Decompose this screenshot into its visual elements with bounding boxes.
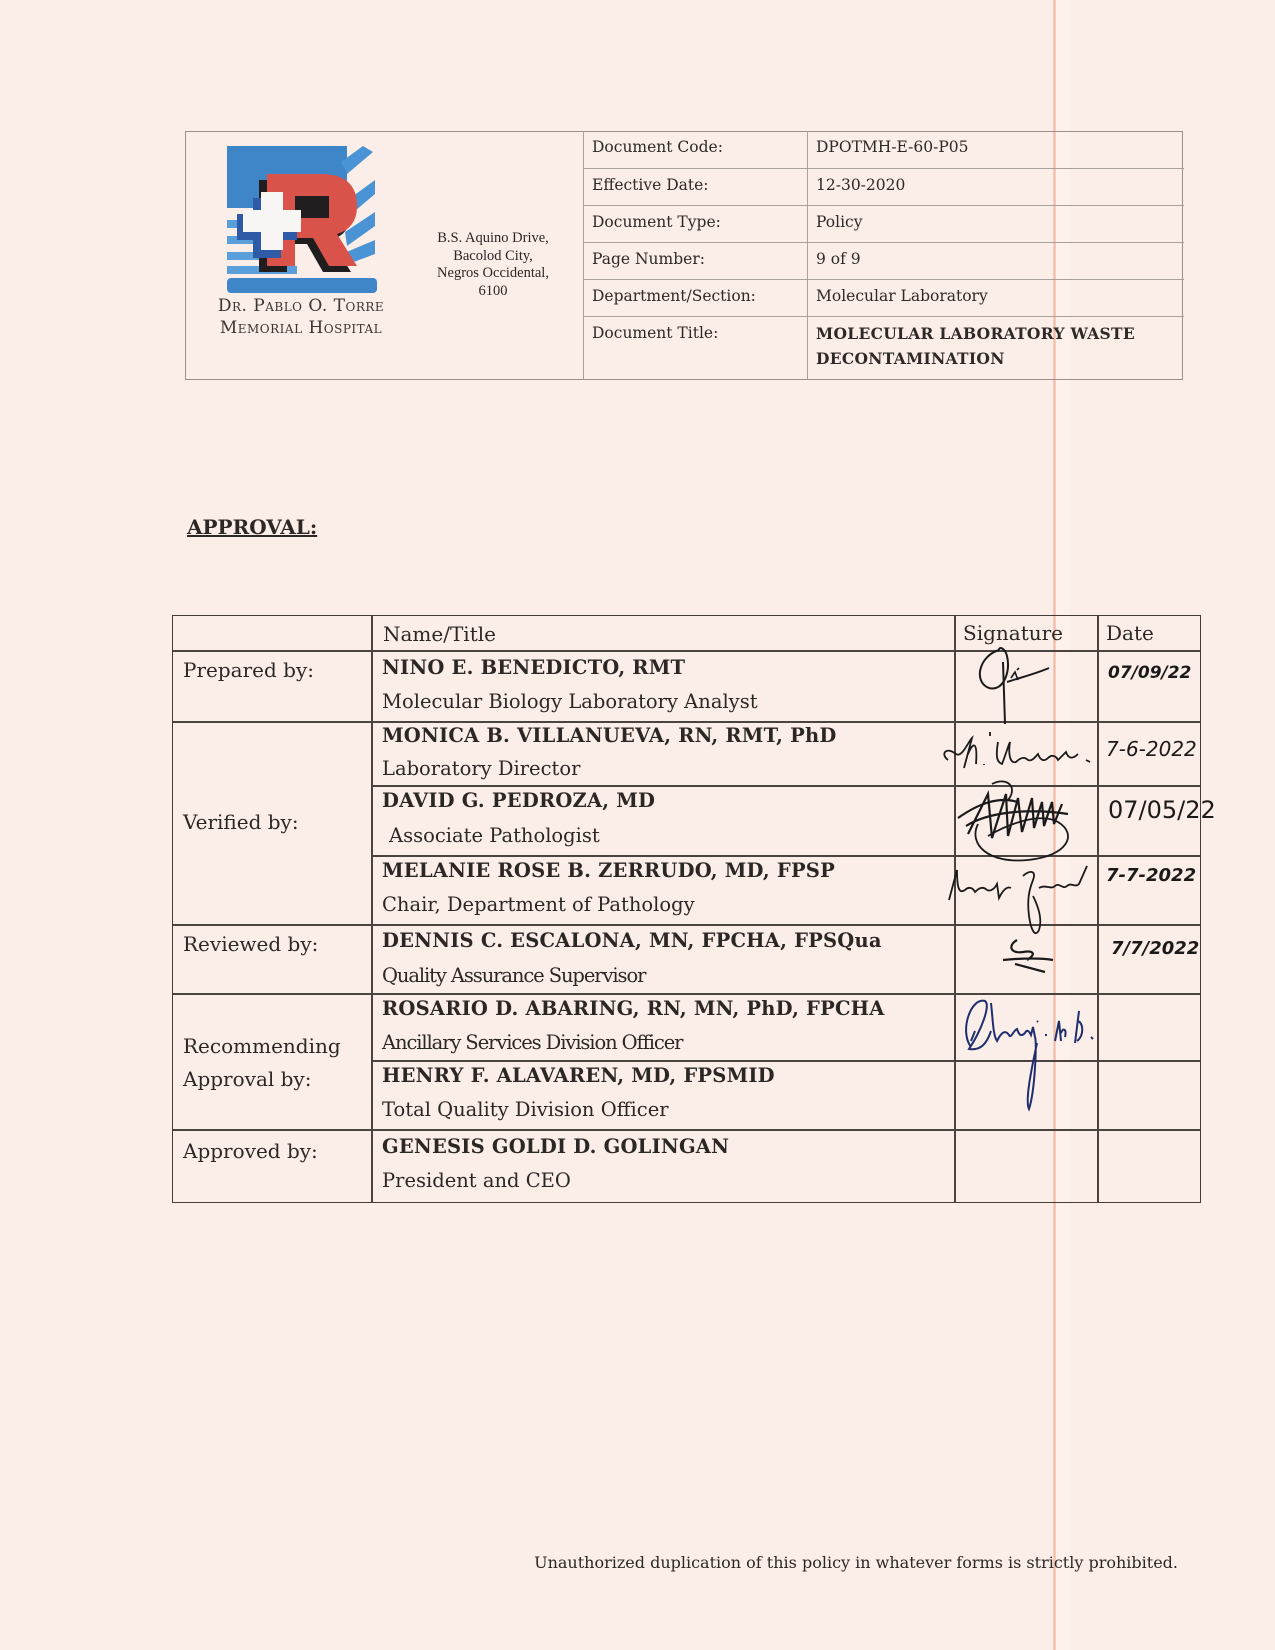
address-line: Negros Occidental, — [408, 265, 578, 283]
document-title-line1: MOLECULAR LABORATORY WASTE — [816, 321, 1184, 346]
document-meta-table: Document Code: DPOTMH-E-60-P05 Effective… — [583, 131, 1184, 380]
meta-label: Department/Section: — [583, 280, 808, 316]
approver-title: President and CEO — [382, 1169, 571, 1192]
approval-date: 7/7/2022 — [1111, 938, 1199, 959]
meta-value: 12-30-2020 — [808, 169, 1184, 205]
approver-name: DENNIS C. ESCALONA, MN, FPCHA, FPSQua — [382, 929, 882, 952]
meta-row-document-type: Document Type: Policy — [583, 205, 1184, 242]
hospital-logo-icon — [223, 144, 378, 294]
header-logo-cell: Dr. Pablo O. Torre Memorial Hospital B.S… — [186, 132, 583, 379]
approver-name: DAVID G. PEDROZA, MD — [382, 789, 655, 812]
meta-label: Document Title: — [583, 317, 808, 380]
signature-zerrudo-icon — [943, 860, 1103, 942]
column-header-name-title: Name/Title — [383, 622, 496, 646]
meta-value: Molecular Laboratory — [808, 280, 1184, 316]
document-title-line2: DECONTAMINATION — [816, 346, 1184, 371]
approver-name: MELANIE ROSE B. ZERRUDO, MD, FPSP — [382, 859, 835, 882]
approver-name: GENESIS GOLDI D. GOLINGAN — [382, 1135, 729, 1158]
meta-label: Document Code: — [583, 131, 808, 168]
approver-title: Associate Pathologist — [389, 824, 600, 847]
signature-villanueva-icon — [938, 724, 1118, 780]
meta-row-department: Department/Section: Molecular Laboratory — [583, 279, 1184, 316]
approval-date: 07/05/22 — [1108, 796, 1216, 824]
approver-title: Total Quality Division Officer — [382, 1098, 669, 1121]
column-header-date: Date — [1106, 621, 1154, 645]
role-line: Approval by: — [183, 1063, 341, 1096]
approval-date: 7-7-2022 — [1106, 865, 1196, 886]
approver-name: HENRY F. ALAVAREN, MD, FPSMID — [382, 1064, 775, 1087]
role-verified-by: Verified by: — [183, 806, 299, 839]
approval-date: 07/09/22 — [1108, 663, 1191, 683]
meta-row-document-code: Document Code: DPOTMH-E-60-P05 — [583, 131, 1184, 168]
row-divider — [173, 1129, 1200, 1131]
meta-label: Effective Date: — [583, 169, 808, 205]
address-line: Bacolod City, — [408, 248, 578, 266]
role-line: Recommending — [183, 1030, 341, 1063]
document-title: MOLECULAR LABORATORY WASTE DECONTAMINATI… — [808, 317, 1184, 380]
approver-name: MONICA B. VILLANUEVA, RN, RMT, PhD — [382, 724, 836, 747]
approval-heading: APPROVAL: — [187, 515, 317, 539]
address-line: 6100 — [408, 283, 578, 301]
meta-row-page-number: Page Number: 9 of 9 — [583, 242, 1184, 279]
meta-label: Document Type: — [583, 206, 808, 242]
signature-abaring-icon — [951, 991, 1101, 1116]
role-prepared-by: Prepared by: — [183, 654, 314, 687]
approver-title: Laboratory Director — [382, 757, 580, 780]
signature-escalona-icon — [993, 934, 1073, 976]
approver-title: Ancillary Services Division Officer — [382, 1031, 682, 1054]
meta-value: DPOTMH-E-60-P05 — [808, 131, 1184, 168]
footer-disclaimer: Unauthorized duplication of this policy … — [500, 1553, 1178, 1572]
meta-row-document-title: Document Title: MOLECULAR LABORATORY WAS… — [583, 316, 1184, 380]
approval-date: 7-6-2022 — [1106, 737, 1197, 761]
approver-title: Quality Assurance Supervisor — [382, 964, 645, 987]
meta-row-effective-date: Effective Date: 12-30-2020 — [583, 168, 1184, 205]
approver-name: NINO E. BENEDICTO, RMT — [382, 656, 685, 679]
approver-title: Chair, Department of Pathology — [382, 893, 695, 916]
hospital-name-line1: Dr. Pablo O. Torre — [186, 295, 416, 317]
role-approved-by: Approved by: — [183, 1135, 318, 1168]
approver-name: ROSARIO D. ABARING, RN, MN, PhD, FPCHA — [382, 997, 885, 1020]
meta-value: Policy — [808, 206, 1184, 242]
hospital-address: B.S. Aquino Drive, Bacolod City, Negros … — [408, 230, 578, 300]
address-line: B.S. Aquino Drive, — [408, 230, 578, 248]
document-header: Dr. Pablo O. Torre Memorial Hospital B.S… — [185, 131, 1183, 380]
hospital-name: Dr. Pablo O. Torre Memorial Hospital — [186, 295, 416, 339]
meta-label: Page Number: — [583, 243, 808, 279]
role-recommending-approval: Recommending Approval by: — [183, 1030, 341, 1096]
column-divider — [371, 616, 373, 1202]
signature-benedicto-icon — [963, 642, 1083, 727]
approver-title: Molecular Biology Laboratory Analyst — [382, 690, 758, 713]
hospital-name-line2: Memorial Hospital — [186, 317, 416, 339]
meta-value: 9 of 9 — [808, 243, 1184, 279]
approval-table: Name/Title Signature Date Prepared by: N… — [172, 615, 1201, 1203]
role-reviewed-by: Reviewed by: — [183, 928, 318, 961]
